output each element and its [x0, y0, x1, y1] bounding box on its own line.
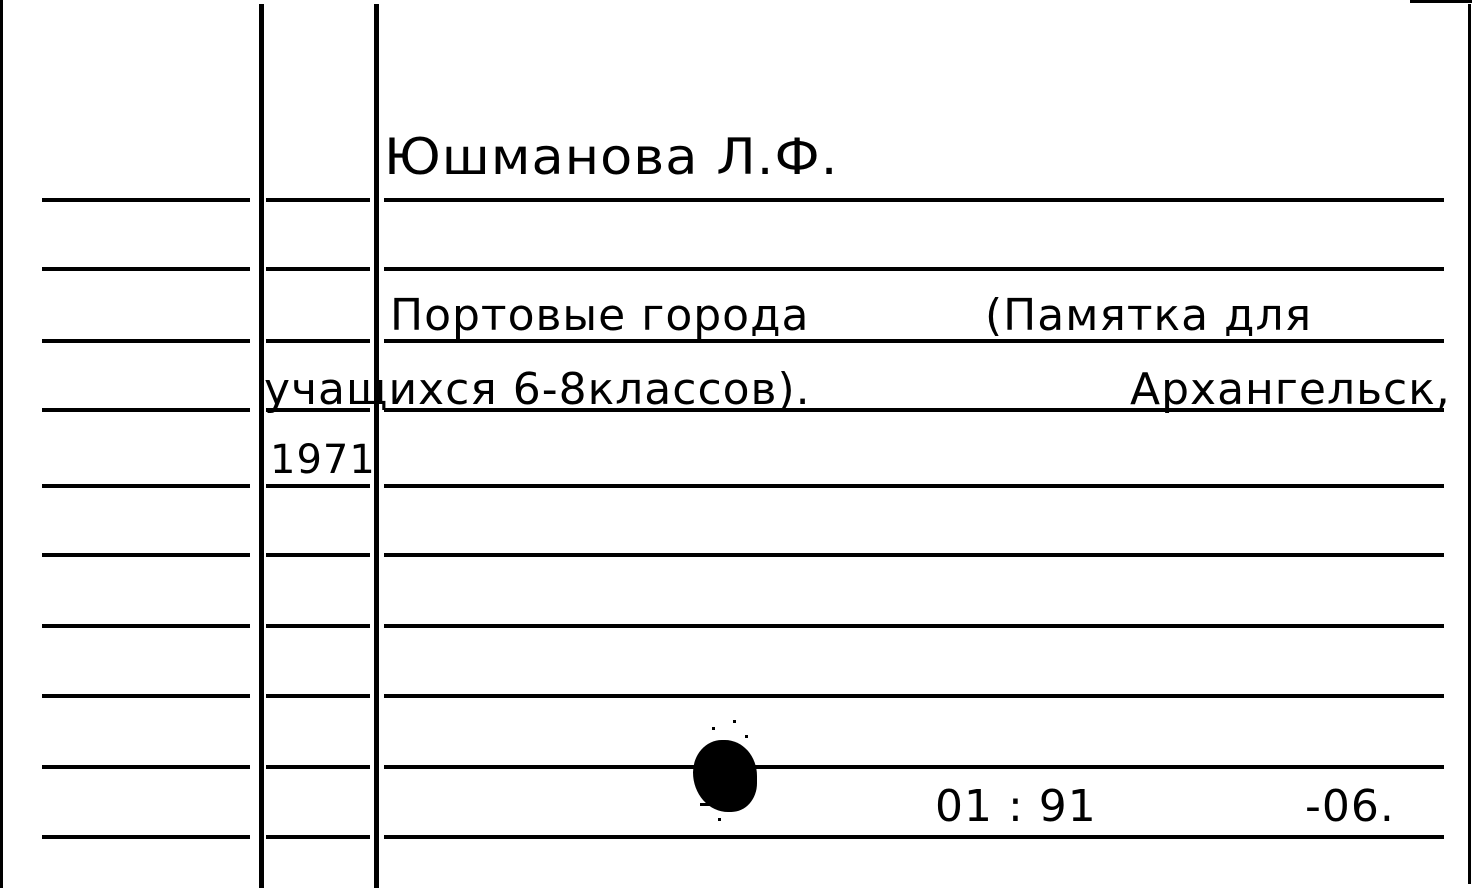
- ruled-line: [42, 624, 250, 628]
- ruled-line: [266, 267, 370, 271]
- ruled-line: [384, 267, 1444, 271]
- classification-code: 01 : 91: [935, 785, 1097, 829]
- column-divider-1: [259, 4, 264, 888]
- card-left-edge: [0, 0, 3, 888]
- ruled-line: [384, 835, 1444, 839]
- ruled-line: [266, 624, 370, 628]
- ruled-line: [42, 765, 250, 769]
- ink-speck: [712, 727, 715, 730]
- ruled-line: [384, 553, 1444, 557]
- title-line-2: учащихся 6-8классов).: [264, 368, 811, 412]
- ink-blot: [693, 740, 757, 812]
- card-right-edge: [1468, 4, 1471, 884]
- ruled-line: [266, 553, 370, 557]
- ruled-line: [42, 484, 250, 488]
- ruled-line: [42, 694, 250, 698]
- publication-place: Архангельск,: [1130, 368, 1451, 412]
- ruled-line: [384, 765, 1444, 769]
- ruled-line: [266, 198, 370, 202]
- card-top-edge: [1410, 0, 1472, 3]
- ruled-line: [266, 694, 370, 698]
- ruled-line: [42, 267, 250, 271]
- ink-speck: [733, 720, 736, 723]
- ink-speck: [700, 803, 714, 806]
- ruled-line: [42, 835, 250, 839]
- ruled-line: [42, 553, 250, 557]
- ruled-line: [384, 484, 1444, 488]
- ruled-line: [42, 339, 250, 343]
- ruled-line: [384, 624, 1444, 628]
- title-line-1: Портовые города: [390, 294, 810, 338]
- title-subtitle-start: (Памятка для: [985, 294, 1312, 338]
- ruled-line: [42, 408, 250, 412]
- ruled-line: [266, 765, 370, 769]
- author-name: Юшманова Л.Ф.: [384, 132, 838, 182]
- ruled-line: [266, 339, 370, 343]
- ruled-line: [384, 198, 1444, 202]
- ink-speck: [745, 735, 748, 738]
- ruled-line: [42, 198, 250, 202]
- classification-suffix: -06.: [1305, 785, 1395, 829]
- ink-speck: [718, 818, 721, 821]
- ruled-line: [266, 835, 370, 839]
- catalog-card: Юшманова Л.Ф. Портовые города (Памятка д…: [0, 0, 1472, 888]
- ruled-line: [384, 694, 1444, 698]
- publication-year: 1971: [270, 440, 376, 480]
- ruled-line: [266, 484, 370, 488]
